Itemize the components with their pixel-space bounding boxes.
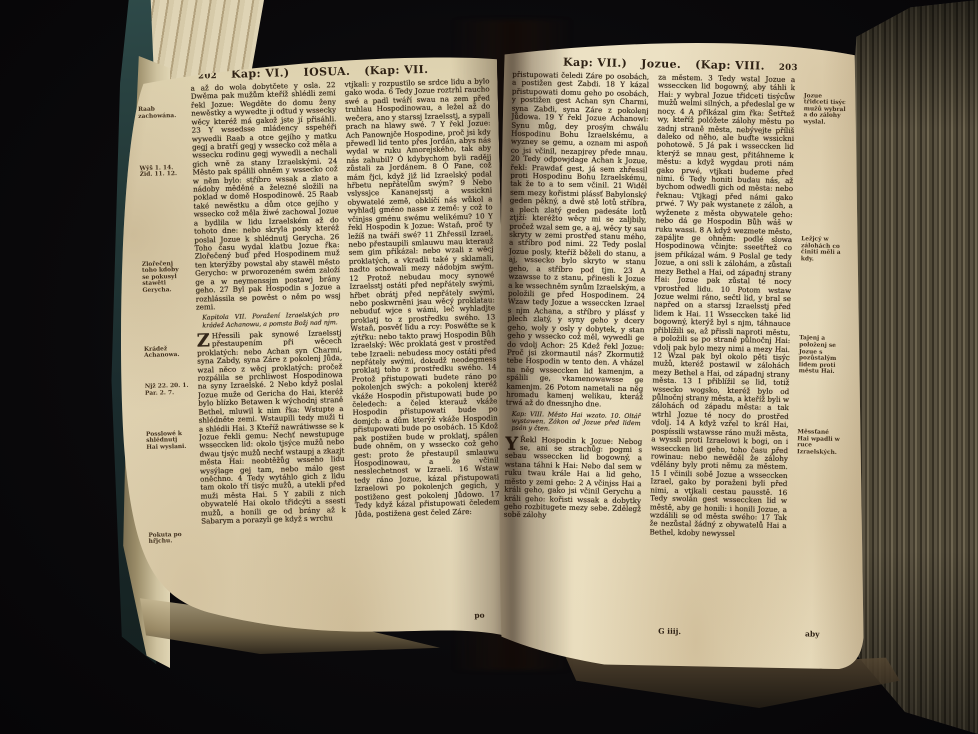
catchword: po — [474, 611, 484, 620]
margin-note: Krádež Achanowa. — [144, 346, 188, 360]
left-page-columns: Raab zachowána.Wýš 1. 14. Žid. 11. 12.Zl… — [137, 77, 502, 617]
margin-note: Pokuta po hřjchu. — [148, 532, 192, 546]
drop-cap-initial: Y — [505, 435, 520, 452]
margin-note: Jozue třidceti tisýc mužů wybral a do zá… — [803, 93, 848, 127]
body-paragraph: ZHřessili pak synowé Izraelsstj přestaup… — [197, 329, 347, 526]
margin-note: Tajenj a položenj se Jozue s pozůstalým … — [799, 336, 844, 376]
header-chapter-left: Kap: VII.) — [563, 56, 627, 70]
left-page: 202Kap: VI.)IOSUA.(Kap: VII.Raab zachowá… — [97, 45, 512, 655]
header-chapter-right: (Kap: VII. — [364, 63, 428, 78]
margin-note: Zlořečenj toho kdoby se pokusyl stawěti … — [142, 260, 187, 294]
margin-note: Posslowé k shlédnutj Hai wyslani. — [146, 431, 190, 452]
body-paragraph: a až do wola dobytčete y osla. 22 Dwěma … — [190, 81, 341, 312]
left-text-column-1: a až do wola dobytčete y osla. 22 Dwěma … — [190, 81, 348, 616]
right-text-column-1: přistupowati čeledi Záre po osobách, a p… — [502, 71, 650, 626]
right-page: Kap: VII.)Jozue.(Kap: VIII.203přistupowa… — [491, 30, 875, 669]
right-page-content: Kap: VII.)Jozue.(Kap: VIII.203přistupowa… — [502, 55, 849, 641]
margin-note: Raab zachowána. — [138, 106, 182, 120]
right-text-column-2: za městem. 3 Tedy wstal Jozue a wsseccke… — [648, 73, 796, 628]
photograph-of-antique-book: { "scene": { "description": "Photograph … — [0, 0, 978, 734]
chapter-summary: Kap: VIII. Město Hai wzato. 10. Oltář wy… — [511, 411, 640, 435]
body-paragraph: vtjkali: y rozpustilo se srdce lidu a by… — [344, 77, 500, 518]
running-title: IOSUA. — [303, 65, 350, 79]
running-title: Jozue. — [641, 57, 681, 71]
left-margin-notes: Raab zachowána.Wýš 1. 14. Žid. 11. 12.Zl… — [137, 85, 194, 618]
catchword: aby — [805, 629, 820, 638]
left-page-content: 202Kap: VI.)IOSUA.(Kap: VII.Raab zachowá… — [137, 61, 503, 629]
body-paragraph: přistupowati čeledi Záre po osobách, a p… — [506, 71, 649, 410]
chapter-summary: Kapitola VII. Poražení Izraelských pro k… — [202, 312, 339, 330]
header-chapter-right: (Kap: VIII. — [695, 58, 765, 72]
page-number: 203 — [779, 63, 798, 73]
body-paragraph: YŘekl Hospodin k Jozue: Nebog se, ani se… — [504, 435, 643, 522]
margin-note: Ležjcý w zálohách co činiti měli a kdy. — [801, 236, 845, 263]
drop-cap-initial: Z — [197, 332, 213, 349]
scene: 202Kap: VI.)IOSUA.(Kap: VII.Raab zachowá… — [0, 0, 978, 734]
right-page-columns: přistupowati čeledi Záre po osobách, a p… — [502, 71, 849, 629]
right-margin-notes: Jozue třidceti tisýc mužů wybral a do zá… — [794, 76, 849, 629]
margin-note: Wýš 1. 14. Žid. 11. 12. — [139, 165, 183, 179]
body-paragraph: za městem. 3 Tedy wstal Jozue a wsseccke… — [649, 73, 795, 539]
left-text-column-2: vtjkali: y rozpustilo se srdce lidu a by… — [344, 77, 502, 612]
margin-note: Njž 22. 20. 1. Par. 2. 7. — [145, 383, 189, 397]
margin-note: Měssťané Hai wpadli w ruce Izraelských. — [797, 429, 841, 456]
